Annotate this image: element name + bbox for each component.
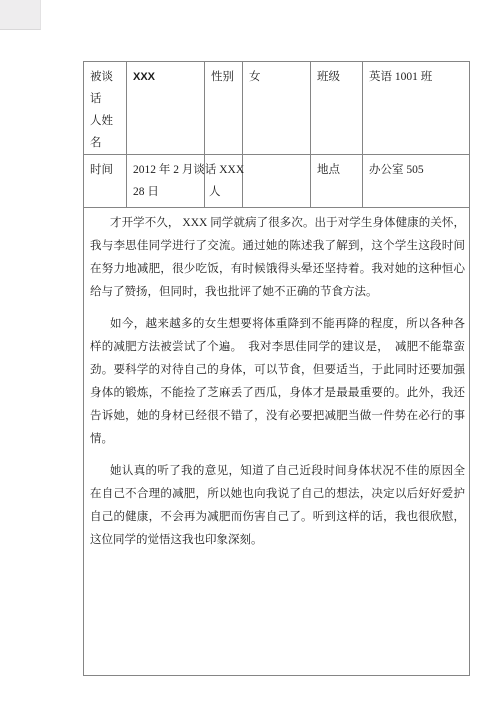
record-paragraph-1: 才开学不久， XXX 同学就病了很多次。出于对学生身体健康的关怀，我与李思佳同学… (90, 212, 465, 304)
class-value: 英语 1001 班 (363, 62, 470, 155)
gender-value: 女 (243, 62, 311, 155)
table-row: 时间 2012 年 2 月谈话 XXX 28 日 人 地点 办公室 505 (84, 155, 470, 208)
time-value-line2: 28 日 (133, 181, 159, 203)
empty-cell (243, 155, 311, 208)
interviewer-label-line2: 人 (209, 181, 221, 203)
interviewee-name-label: 被谈话 人姓名 (84, 62, 127, 155)
record-text: 才开学不久， XXX 同学就病了很多次。出于对学生身体健康的关怀，我与李思佳同学… (84, 208, 470, 676)
time-label: 时间 (84, 155, 127, 208)
location-value: 办公室 505 (363, 155, 470, 208)
scan-artifact (0, 0, 41, 30)
record-paragraph-3: 她认真的听了我的意见，知道了自己近段时间身体状况不佳的原因全在自己不合理的减肥，… (90, 460, 465, 552)
interviewee-name-value: XXX (127, 62, 205, 155)
interviewee-name-label-line2: 人姓名 (90, 110, 122, 154)
interview-record-table: 被谈话 人姓名 XXX 性别 女 班级 英语 1001 班 时间 2012 年 … (83, 61, 470, 676)
table-row: 被谈话 人姓名 XXX 性别 女 班级 英语 1001 班 (84, 62, 470, 155)
gender-label: 性别 (205, 62, 243, 155)
table-row: 才开学不久， XXX 同学就病了很多次。出于对学生身体健康的关怀，我与李思佳同学… (84, 208, 470, 676)
record-paragraph-2: 如今，越来越多的女生想要将体重降到不能再降的程度，所以各种各样的减肥方法被尝试了… (90, 313, 465, 451)
time-value: 2012 年 2 月谈话 XXX 28 日 (127, 155, 205, 208)
interviewee-name-label-line1: 被谈话 (90, 66, 122, 110)
time-value-line1: 2012 年 2 月谈话 XXX (133, 159, 244, 181)
location-label: 地点 (311, 155, 363, 208)
document-page: 被谈话 人姓名 XXX 性别 女 班级 英语 1001 班 时间 2012 年 … (0, 0, 500, 708)
interviewee-name-text: XXX (133, 71, 155, 83)
class-label: 班级 (311, 62, 363, 155)
